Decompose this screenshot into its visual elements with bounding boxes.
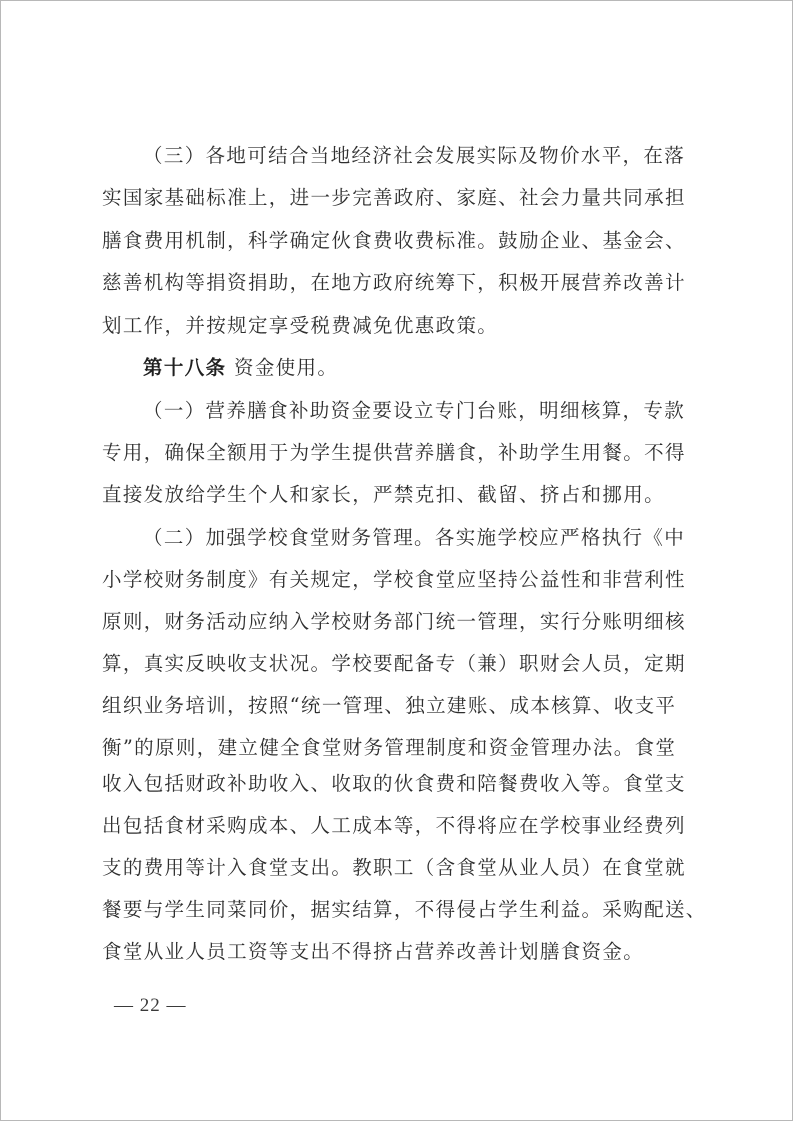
page-number: — 22 —	[114, 993, 187, 1019]
article-number: 第十八条	[143, 356, 226, 379]
article-heading: 第十八条 资金使用。	[143, 353, 743, 383]
paragraph-2-line-10: 餐要与学生同菜同价，据实结算，不得侵占学生利益。采购配送、	[102, 895, 702, 925]
paragraph-2-line-9: 支的费用等计入食堂支出。教职工（含食堂从业人员）在食堂就	[102, 853, 702, 883]
paragraph-2-line-3: 原则，财务活动应纳入学校财务部门统一管理，实行分账明细核	[102, 607, 702, 637]
paragraph-2-line-11: 食堂从业人员工资等支出不得挤占营养改善计划膳食资金。	[102, 937, 702, 967]
paragraph-3-line-3: 膳食费用机制，科学确定伙食费收费标准。鼓励企业、基金会、	[102, 226, 702, 256]
paragraph-3-line-2: 实国家基础标准上，进一步完善政府、家庭、社会力量共同承担	[102, 183, 702, 213]
article-title: 资金使用。	[234, 356, 338, 379]
paragraph-3-line-4: 慈善机构等捐资捐助，在地方政府统筹下，积极开展营养改善计	[102, 268, 702, 298]
paragraph-1-line-3: 直接发放给学生个人和家长，严禁克扣、截留、挤占和挪用。	[102, 480, 702, 510]
paragraph-2-line-5: 组织业务培训，按照“统一管理、独立建账、成本核算、收支平	[102, 691, 702, 721]
paragraph-3-line-5: 划工作，并按规定享受税费减免优惠政策。	[102, 311, 702, 341]
paragraph-2-line-7: 收入包括财政补助收入、收取的伙食费和陪餐费收入等。食堂支	[102, 769, 702, 799]
paragraph-1-line-1: （一）营养膳食补助资金要设立专门台账，明细核算，专款	[143, 396, 743, 426]
paragraph-2-line-2: 小学校财务制度》有关规定，学校食堂应坚持公益性和非营利性	[102, 565, 702, 595]
paragraph-3-line-1: （三）各地可结合当地经济社会发展实际及物价水平，在落	[143, 141, 743, 171]
paragraph-1-line-2: 专用，确保全额用于为学生提供营养膳食，补助学生用餐。不得	[102, 438, 702, 468]
paragraph-2-line-6: 衡”的原则，建立健全食堂财务管理制度和资金管理办法。食堂	[102, 733, 702, 763]
paragraph-2-line-4: 算，真实反映收支状况。学校要配备专（兼）职财会人员，定期	[102, 649, 702, 679]
document-page: （三）各地可结合当地经济社会发展实际及物价水平，在落 实国家基础标准上，进一步完…	[0, 0, 793, 1121]
paragraph-2-line-1: （二）加强学校食堂财务管理。各实施学校应严格执行《中	[143, 523, 743, 553]
paragraph-2-line-8: 出包括食材采购成本、人工成本等，不得将应在学校事业经费列	[102, 811, 702, 841]
